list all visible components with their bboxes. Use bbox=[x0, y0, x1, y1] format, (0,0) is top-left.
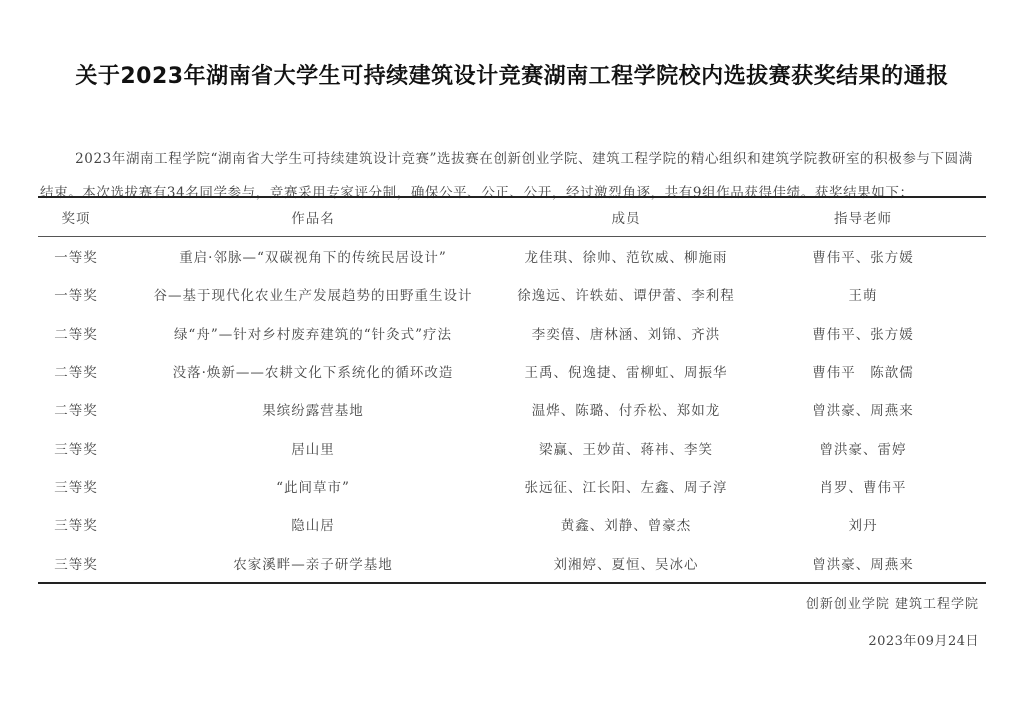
award-cell: 三等奖 bbox=[38, 428, 114, 466]
members-cell: 梁赢、王妙苗、蒋祎、李笑 bbox=[512, 428, 740, 466]
advisors-cell: 曹伟平 陈歆儒 bbox=[740, 352, 986, 390]
members-cell: 黄鑫、刘静、曾豪杰 bbox=[512, 505, 740, 543]
table-row: 三等奖 “此间草市” 张远征、江长阳、左鑫、周子淳 肖罗、曹伟平 bbox=[38, 467, 986, 505]
header-members: 成员 bbox=[512, 197, 740, 237]
table-row: 三等奖 隐山居 黄鑫、刘静、曾豪杰 刘丹 bbox=[38, 505, 986, 543]
work-cell: 重启·邻脉—“双碳视角下的传统民居设计” bbox=[114, 237, 512, 276]
advisors-cell: 曹伟平、张方媛 bbox=[740, 237, 986, 276]
advisors-cell: 曾洪豪、周燕来 bbox=[740, 390, 986, 428]
work-cell: 没落·焕新——农耕文化下系统化的循环改造 bbox=[114, 352, 512, 390]
table-row: 三等奖 农家溪畔—亲子研学基地 刘湘婷、夏恒、吴冰心 曾洪豪、周燕来 bbox=[38, 543, 986, 582]
work-cell: 居山里 bbox=[114, 428, 512, 466]
table-row: 一等奖 重启·邻脉—“双碳视角下的传统民居设计” 龙佳琪、徐帅、范钦威、柳施雨 … bbox=[38, 237, 986, 276]
award-cell: 三等奖 bbox=[38, 505, 114, 543]
members-cell: 温烨、陈璐、付乔松、郑如龙 bbox=[512, 390, 740, 428]
issuer-signature: 创新创业学院 建筑工程学院 bbox=[806, 593, 979, 612]
document-title: 关于2023年湖南省大学生可持续建筑设计竞赛湖南工程学院校内选拔赛获奖结果的通报 bbox=[0, 59, 1024, 90]
work-cell: 农家溪畔—亲子研学基地 bbox=[114, 543, 512, 582]
members-cell: 张远征、江长阳、左鑫、周子淳 bbox=[512, 467, 740, 505]
header-advisors: 指导老师 bbox=[740, 197, 986, 237]
award-cell: 三等奖 bbox=[38, 543, 114, 582]
members-cell: 刘湘婷、夏恒、吴冰心 bbox=[512, 543, 740, 582]
award-results-table: 奖项 作品名 成员 指导老师 一等奖 重启·邻脉—“双碳视角下的传统民居设计” … bbox=[38, 196, 986, 584]
advisors-cell: 王萌 bbox=[740, 275, 986, 313]
header-work: 作品名 bbox=[114, 197, 512, 237]
table-row: 二等奖 没落·焕新——农耕文化下系统化的循环改造 王禹、倪逸捷、雷柳虹、周振华 … bbox=[38, 352, 986, 390]
award-cell: 二等奖 bbox=[38, 390, 114, 428]
award-cell: 一等奖 bbox=[38, 275, 114, 313]
header-award: 奖项 bbox=[38, 197, 114, 237]
members-cell: 李奕僖、唐林涵、刘锦、齐洪 bbox=[512, 314, 740, 352]
work-cell: 隐山居 bbox=[114, 505, 512, 543]
table-header-row: 奖项 作品名 成员 指导老师 bbox=[38, 197, 986, 237]
work-cell: “此间草市” bbox=[114, 467, 512, 505]
work-cell: 谷—基于现代化农业生产发展趋势的田野重生设计 bbox=[114, 275, 512, 313]
table-row: 一等奖 谷—基于现代化农业生产发展趋势的田野重生设计 徐逸远、许轶茹、谭伊蕾、李… bbox=[38, 275, 986, 313]
table-row: 二等奖 绿“舟”—针对乡村废弃建筑的“针灸式”疗法 李奕僖、唐林涵、刘锦、齐洪 … bbox=[38, 314, 986, 352]
award-cell: 二等奖 bbox=[38, 314, 114, 352]
award-cell: 三等奖 bbox=[38, 467, 114, 505]
advisors-cell: 肖罗、曹伟平 bbox=[740, 467, 986, 505]
award-cell: 一等奖 bbox=[38, 237, 114, 276]
advisors-cell: 刘丹 bbox=[740, 505, 986, 543]
work-cell: 果缤纷露营基地 bbox=[114, 390, 512, 428]
table-row: 三等奖 居山里 梁赢、王妙苗、蒋祎、李笑 曾洪豪、雷婷 bbox=[38, 428, 986, 466]
advisors-cell: 曾洪豪、周燕来 bbox=[740, 543, 986, 582]
table-row: 二等奖 果缤纷露营基地 温烨、陈璐、付乔松、郑如龙 曾洪豪、周燕来 bbox=[38, 390, 986, 428]
members-cell: 徐逸远、许轶茹、谭伊蕾、李利程 bbox=[512, 275, 740, 313]
award-cell: 二等奖 bbox=[38, 352, 114, 390]
members-cell: 龙佳琪、徐帅、范钦威、柳施雨 bbox=[512, 237, 740, 276]
issue-date: 2023年09月24日 bbox=[868, 630, 979, 649]
advisors-cell: 曹伟平、张方媛 bbox=[740, 314, 986, 352]
members-cell: 王禹、倪逸捷、雷柳虹、周振华 bbox=[512, 352, 740, 390]
work-cell: 绿“舟”—针对乡村废弃建筑的“针灸式”疗法 bbox=[114, 314, 512, 352]
advisors-cell: 曾洪豪、雷婷 bbox=[740, 428, 986, 466]
